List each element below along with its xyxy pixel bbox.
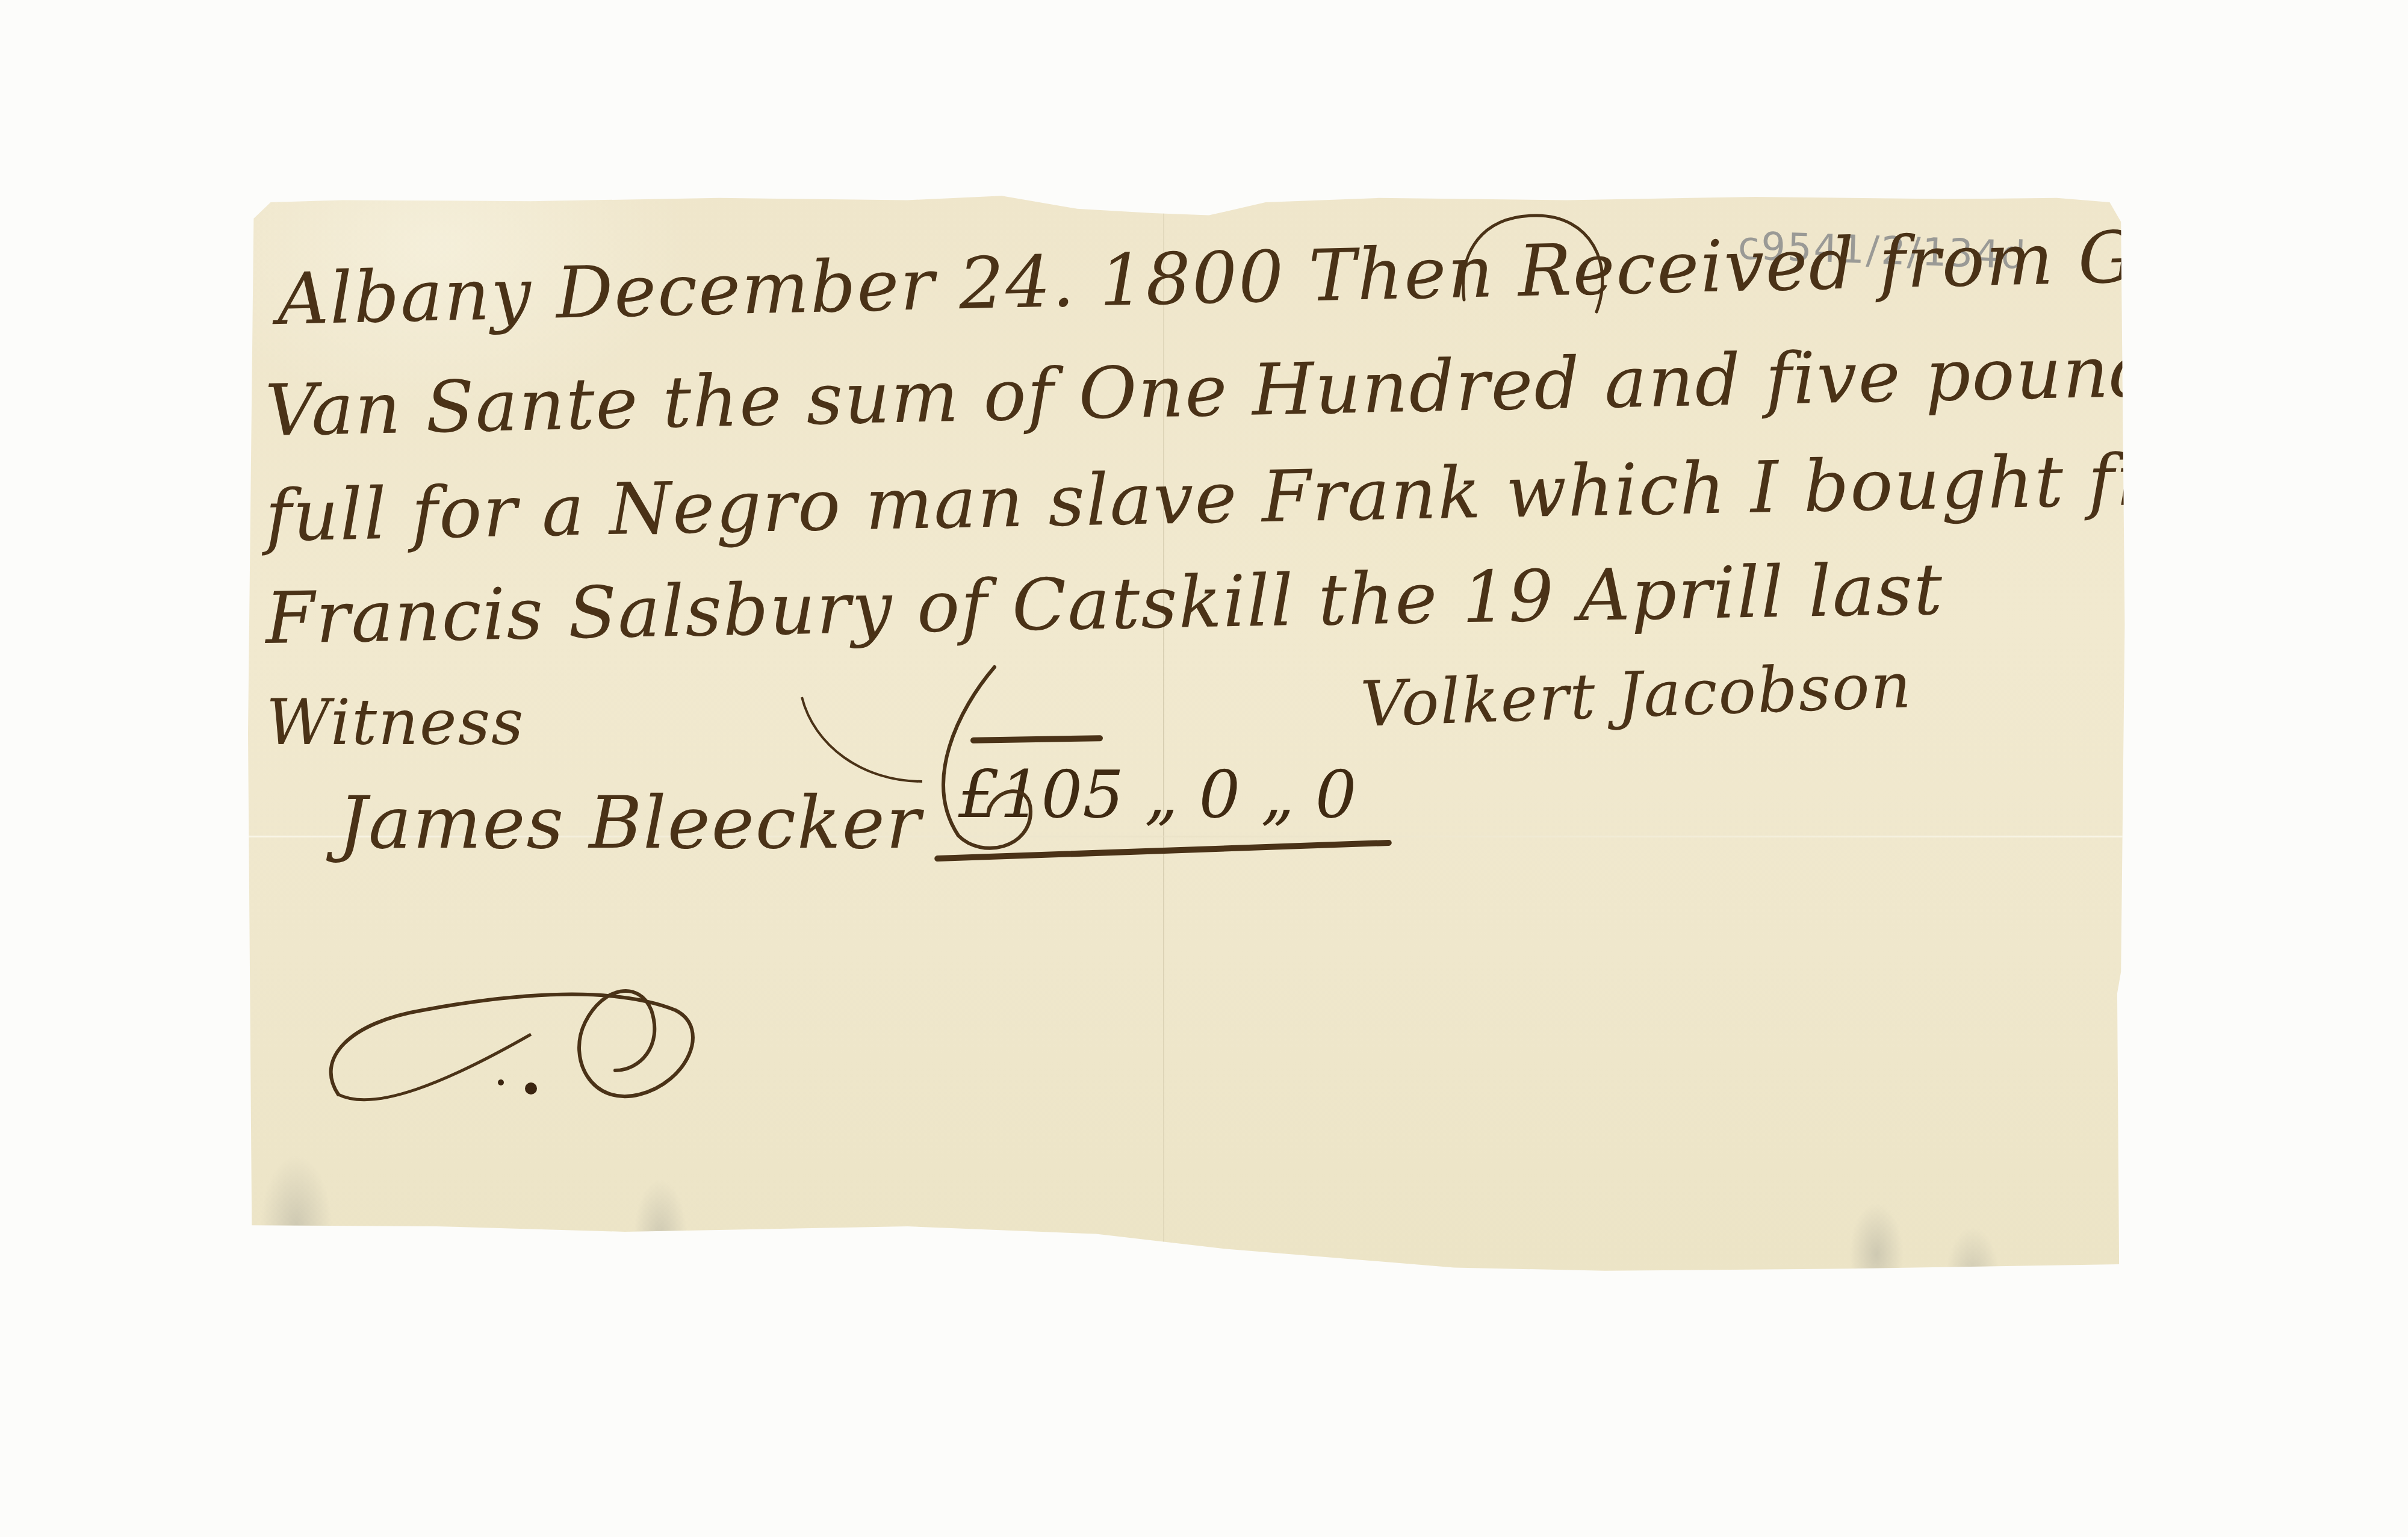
witness-signature: James Bleecker [338,787,922,860]
text-line-4: Francis Salsbury of Catskill the 19 Apri… [265,553,1944,654]
signer-signature: Volkert Jacobson [1359,654,1913,736]
text-line-2: Van Sante the sum of One Hundred and fiv… [265,333,2289,446]
text-line-3: full for a Negro man slave Frank which I… [265,442,2264,551]
witness-label: Witness [266,691,524,754]
document-sheet: c9541/2/134d Albany December 24. 1800 Th… [248,191,2132,1275]
amount-overline [970,735,1103,744]
signature-flourish-icon [302,830,844,1143]
amount-value: £105 „ 0 „ 0 [958,757,1357,833]
text-line-1: Albany December 24. 1800 Then Received f… [276,217,2323,335]
